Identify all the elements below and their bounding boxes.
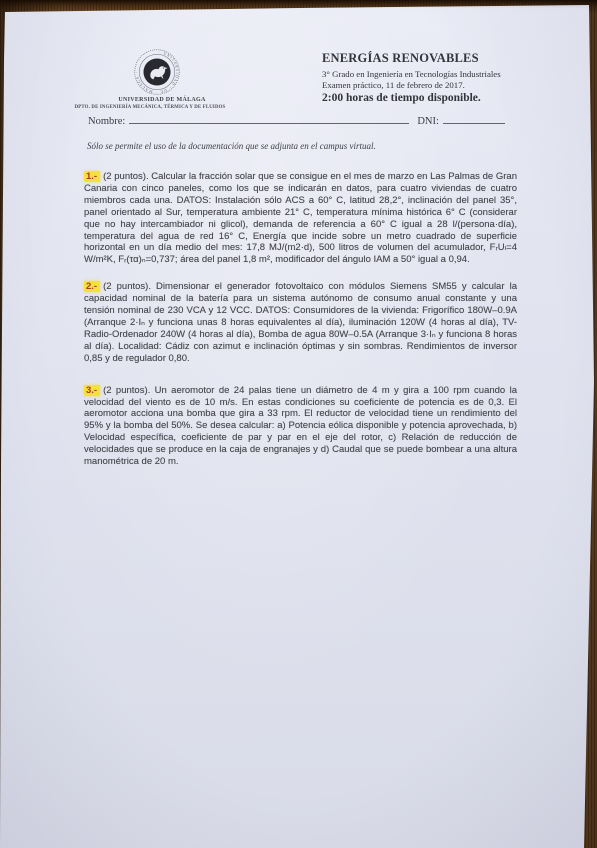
problem-3: 3.-(2 puntos). Un aeromotor de 24 palas … [84,385,517,468]
problem-3-text: (2 puntos). Un aeromotor de 24 palas tie… [84,385,517,467]
problem-1: 1.-(2 puntos). Calcular la fracción sola… [84,171,517,266]
page-title: ENERGÍAS RENOVABLES [322,51,580,66]
dni-field [443,112,505,124]
exam-date-line: Examen práctico, 11 de febrero de 2017. [322,80,580,91]
scanned-exam-page: { "page": { "university": "UNIVERSIDAD D… [0,0,597,848]
exam-header: ENERGÍAS RENOVABLES 3° Grado en Ingenier… [322,51,580,104]
university-name: UNIVERSIDAD DE MÁLAGA [90,97,234,103]
problem-2: 2.-(2 puntos). Dimensionar el generador … [84,281,517,364]
problem-list: 1.-(2 puntos). Calcular la fracción sola… [84,171,517,468]
name-label: Nombre: [88,116,125,127]
duration-line: 2:00 horas de tiempo disponible. [322,92,580,104]
name-field [129,112,409,124]
problem-1-number-highlight: 1.- [84,171,100,182]
university-seal: · UNIVERSIDAD · DE · MÁLAGA · [132,47,182,97]
dni-label: DNI: [417,116,439,127]
documentation-notice: Sólo se permite el uso de la documentaci… [87,141,517,151]
identity-row: Nombre:DNI: [88,112,518,127]
seal-bird-eye [163,67,164,68]
department-name: DPTO. DE INGENIERÍA MECÁNICA, TÉRMICA Y … [28,105,272,110]
problem-1-text: (2 puntos). Calcular la fracción solar q… [84,171,517,265]
exam-sheet: · UNIVERSIDAD · DE · MÁLAGA · UNIVERSIDA… [0,0,597,848]
problem-2-text: (2 puntos). Dimensionar el generador fot… [84,281,517,363]
problem-3-number-highlight: 3.- [84,385,100,396]
degree-line: 3° Grado en Ingeniería en Tecnologías In… [322,69,580,80]
problem-2-number-highlight: 2.- [84,281,100,292]
